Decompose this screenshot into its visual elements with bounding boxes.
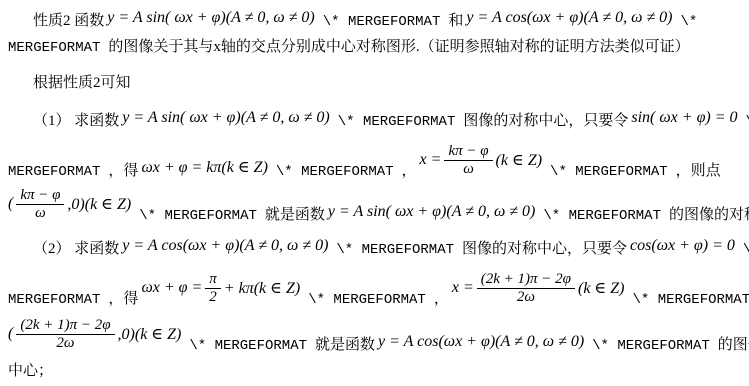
field-code: \* MERGEFORMAT [276, 164, 394, 180]
math-run: ωx + φ = π 2 + kπ(k ∈ Z) [141, 271, 300, 307]
fraction-numerator: kπ − φ [16, 187, 64, 205]
document-page: 性质2 函数 y = A sin( ωx + φ)(A ≠ 0, ω ≠ 0) … [0, 0, 749, 386]
text-run: ， [434, 287, 449, 308]
text-line: 性质2 函数 y = A sin( ωx + φ)(A ≠ 0, ω ≠ 0) … [8, 6, 741, 30]
fraction-numerator: π [205, 271, 221, 289]
math-text: ( [8, 325, 13, 343]
field-code: \* MERGEFORMAT [336, 242, 454, 258]
field-code: \* MERGEFORMAT [550, 164, 668, 180]
text-run: ，则点 [676, 159, 721, 180]
field-code: \* MERGEFORMAT [338, 114, 456, 130]
text-line: 根据性质2可知 [8, 68, 741, 92]
fraction: π 2 [205, 271, 221, 307]
math-run: y = A sin( ωx + φ)(A ≠ 0, ω ≠ 0) [107, 9, 314, 27]
text-run: 根据性质2可知 [33, 71, 131, 92]
text-line: （2） 求函数 y = A cos(ωx + φ)(A ≠ 0, ω ≠ 0) … [8, 234, 741, 258]
math-text: ,0)(k ∈ Z) [67, 194, 131, 214]
field-code: \* MERGEFORMAT [632, 292, 749, 308]
text-line: ( kπ − φ ω ,0)(k ∈ Z) \* MERGEFORMAT 就是函… [8, 182, 741, 224]
text-run: 和 [448, 9, 463, 30]
fraction-denominator: ω [33, 205, 48, 222]
field-code: \* MERGEFORMAT [543, 208, 661, 224]
field-code: \* [681, 14, 698, 30]
math-text: ( [8, 195, 13, 213]
fraction-denominator: 2ω [54, 335, 76, 352]
text-run: ，得 [108, 159, 138, 180]
text-run: ，得 [108, 287, 138, 308]
math-run: y = A cos(ωx + φ)(A ≠ 0, ω ≠ 0) [378, 333, 584, 351]
math-run: x = (2k + 1)π − 2φ 2ω (k ∈ Z) [452, 271, 625, 307]
text-run: 图像的对称中心，只要令 [462, 237, 627, 258]
math-text: (k ∈ Z) [496, 150, 543, 170]
math-run: y = A cos(ωx + φ)(A ≠ 0, ω ≠ 0) [466, 9, 672, 27]
fraction-denominator: 2ω [515, 289, 537, 306]
math-run: ωx + φ = kπ(k ∈ Z) [141, 157, 267, 177]
text-run: 性质2 函数 [33, 9, 104, 30]
fraction: kπ − φ ω [16, 187, 64, 223]
math-run: y = A cos(ωx + φ)(A ≠ 0, ω ≠ 0) [122, 237, 328, 255]
math-run: cos(ωx + φ) = 0 [630, 237, 735, 255]
text-run: ， [402, 159, 417, 180]
fraction: kπ − φ ω [444, 143, 492, 179]
text-line: MERGEFORMAT ，得 ωx + φ = kπ(k ∈ Z) \* MER… [8, 134, 741, 180]
field-code: \* MERGEFORMAT [308, 292, 426, 308]
text-run: 就是函数 [265, 203, 325, 224]
text-line: 中心； [8, 356, 741, 380]
math-text: (k ∈ Z) [578, 278, 625, 298]
field-code: MERGEFORMAT [8, 40, 100, 56]
math-run: sin( ωx + φ) = 0 [631, 109, 737, 127]
math-text: ωx + φ = [141, 279, 202, 297]
math-text: + kπ(k ∈ Z) [224, 278, 300, 298]
field-code: MERGEFORMAT [8, 292, 100, 308]
fraction: (2k + 1)π − 2φ 2ω [16, 317, 114, 353]
fraction-numerator: kπ − φ [444, 143, 492, 161]
fraction-numerator: (2k + 1)π − 2φ [16, 317, 114, 335]
math-run: y = A sin( ωx + φ)(A ≠ 0, ω ≠ 0) [122, 109, 329, 127]
math-run: x = kπ − φ ω (k ∈ Z) [420, 143, 543, 179]
field-code: \* MERGEFORMAT [592, 338, 710, 354]
math-text: x = [452, 279, 474, 297]
text-line: MERGEFORMAT 的图像关于其与x轴的交点分别成中心对称图形.（证明参照轴… [8, 30, 741, 56]
text-run: 中心； [8, 359, 53, 380]
text-run: （2） 求函数 [33, 237, 119, 258]
field-code: \* MERGEFORMAT [139, 208, 257, 224]
fraction-denominator: 2 [207, 289, 219, 306]
field-code: MERGEFORMAT [8, 164, 100, 180]
text-run: 的图像的对称中心； [669, 203, 749, 224]
text-run: 的图像关于其与x轴的交点分别成中心对称图形.（证明参照轴对称的证明方法类似可证） [108, 35, 689, 56]
text-run: 图像的对称中心，只要令 [463, 109, 628, 130]
text-run: （1） 求函数 [33, 109, 119, 130]
fraction-numerator: (2k + 1)π − 2φ [477, 271, 575, 289]
field-code: \* MERGEFORMAT [189, 338, 307, 354]
fraction: (2k + 1)π − 2φ 2ω [477, 271, 575, 307]
fraction-denominator: ω [461, 161, 476, 178]
field-code: \* [743, 242, 749, 258]
text-line: （1） 求函数 y = A sin( ωx + φ)(A ≠ 0, ω ≠ 0)… [8, 106, 741, 130]
math-text: x = [420, 151, 442, 169]
text-run: 就是函数 [315, 333, 375, 354]
math-run: ( (2k + 1)π − 2φ 2ω ,0)(k ∈ Z) [8, 317, 181, 353]
text-run: 的图像对称 [718, 333, 749, 354]
math-run: ( kπ − φ ω ,0)(k ∈ Z) [8, 187, 131, 223]
text-line: MERGEFORMAT ，得 ωx + φ = π 2 + kπ(k ∈ Z) … [8, 262, 741, 308]
math-text: ,0)(k ∈ Z) [118, 324, 182, 344]
field-code: \* MERGEFORMAT [323, 14, 441, 30]
field-code: \* [746, 114, 749, 130]
text-line: ( (2k + 1)π − 2φ 2ω ,0)(k ∈ Z) \* MERGEF… [8, 310, 741, 354]
math-run: y = A sin( ωx + φ)(A ≠ 0, ω ≠ 0) [328, 203, 535, 221]
